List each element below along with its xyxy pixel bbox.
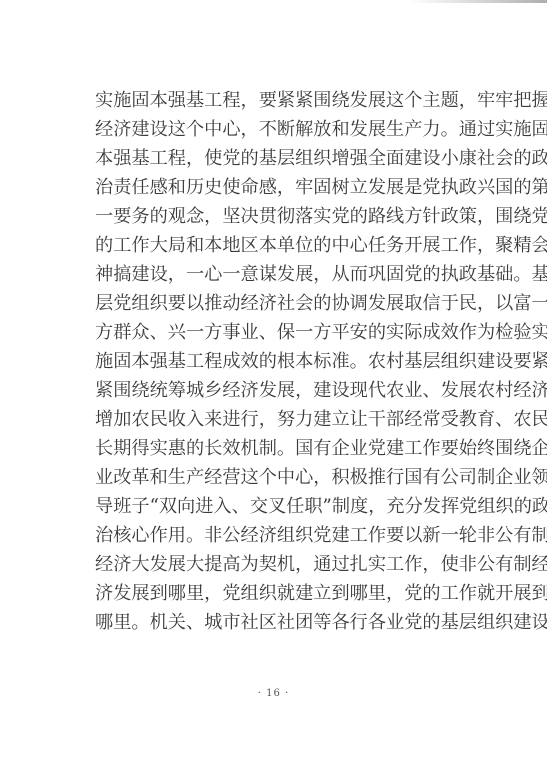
text-line: 经济建设这个中心，不断解放和发展生产力。通过实施固 — [95, 115, 457, 144]
text-line: 的工作大局和本地区本单位的中心任务开展工作，聚精会 — [95, 231, 457, 260]
text-line: 导班子“双向进入、交叉任职”制度，充分发挥党组织的政 — [95, 492, 457, 521]
text-line: 紧围绕统筹城乡经济发展，建设现代农业、发展农村经济、 — [95, 376, 457, 405]
text-line: 经济大发展大提高为契机，通过扎实工作，使非公有制经 — [95, 550, 457, 579]
page-number: · 16 · — [0, 688, 547, 699]
text-line: 治核心作用。非公经济组织党建工作要以新一轮非公有制 — [95, 521, 457, 550]
text-line: 本强基工程，使党的基层组织增强全面建设小康社会的政 — [95, 144, 457, 173]
document-body: 实施固本强基工程，要紧紧围绕发展这个主题，牢牢把握 经济建设这个中心，不断解放和… — [95, 86, 457, 637]
text-line: 治责任感和历史使命感，牢固树立发展是党执政兴国的第 — [95, 173, 457, 202]
text-line: 神搞建设，一心一意谋发展，从而巩固党的执政基础。基 — [95, 260, 457, 289]
text-line: 层党组织要以推动经济社会的协调发展取信于民，以富一 — [95, 289, 457, 318]
text-line: 一要务的观念，坚决贯彻落实党的路线方针政策，围绕党 — [95, 202, 457, 231]
text-line: 济发展到哪里，党组织就建立到哪里，党的工作就开展到 — [95, 579, 457, 608]
text-line: 增加农民收入来进行，努力建立让干部经常受教育、农民 — [95, 405, 457, 434]
text-line: 业改革和生产经营这个中心，积极推行国有公司制企业领 — [95, 463, 457, 492]
text-line: 方群众、兴一方事业、保一方平安的实际成效作为检验实 — [95, 318, 457, 347]
text-line: 实施固本强基工程，要紧紧围绕发展这个主题，牢牢把握 — [95, 86, 457, 115]
text-line: 施固本强基工程成效的根本标准。农村基层组织建设要紧 — [95, 347, 457, 376]
text-line: 哪里。机关、城市社区社团等各行各业党的基层组织建设， — [95, 608, 457, 637]
text-line: 长期得实惠的长效机制。国有企业党建工作要始终围绕企 — [95, 434, 457, 463]
scan-shadow — [410, 0, 547, 3]
